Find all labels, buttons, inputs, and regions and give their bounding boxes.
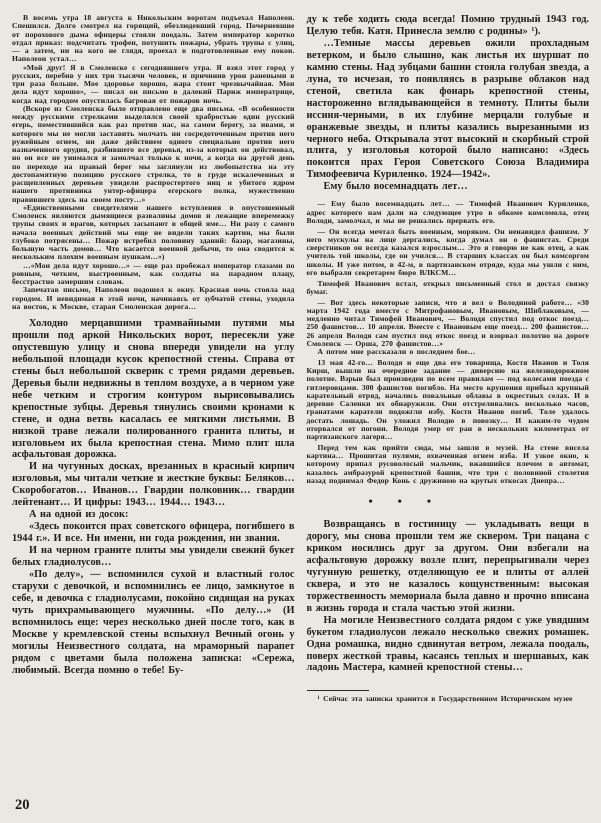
text-paragraph: (Вскоре из Смоленска было отправлено еще… [12, 105, 295, 204]
text-paragraph: ду к тебе ходить сюда всегда! Помню труд… [307, 14, 590, 38]
two-column-layout: В восемь утра 18 августа к Никольским во… [12, 14, 589, 704]
text-paragraph: — Ему было восемнадцать лет… — Тимофей И… [307, 200, 590, 225]
memorial-narrative-section: Холодно мерцавшими трамвайными путями мы… [12, 318, 295, 677]
napoleon-quotes-section: В восемь утра 18 августа к Никольским во… [12, 14, 295, 311]
text-paragraph: Холодно мерцавшими трамвайными путями мы… [12, 318, 295, 461]
text-paragraph: «Мой друг! Я в Смоленске с сегодняшнего … [12, 64, 295, 105]
text-paragraph: Тимофей Иванович встал, открыл письменны… [307, 280, 590, 297]
footnote-rule [307, 690, 369, 691]
memorial-narrative-continued: ду к тебе ходить сюда всегда! Помню труд… [307, 14, 590, 193]
text-paragraph: — Вот здесь некоторые записи, что я вел … [307, 299, 590, 349]
right-column: ду к тебе ходить сюда всегда! Помню труд… [307, 14, 590, 704]
text-paragraph: Возвращаясь в гостиницу — укладывать вещ… [307, 519, 590, 615]
text-paragraph: 13 мая 42-го… Володя и еще два его товар… [307, 359, 590, 442]
text-paragraph: Запечатав письмо, Наполеон подошел к окн… [12, 286, 295, 311]
text-paragraph: И на черном граните плиты мы увидели све… [12, 545, 295, 569]
text-paragraph: В восемь утра 18 августа к Никольским во… [12, 14, 295, 64]
text-paragraph: Ему было восемнадцать лет… [307, 181, 590, 193]
text-paragraph: И на чугунных досках, врезанных в красны… [12, 461, 295, 509]
footnote-text: ¹ Сейчас эта записка хранится в Государс… [307, 695, 590, 704]
closing-section: Возвращаясь в гостиницу — укладывать вещ… [307, 519, 590, 674]
text-paragraph: «Единственными свидетелями нашего вступл… [12, 204, 295, 262]
text-paragraph: На могиле Неизвестного солдата рядом с у… [307, 615, 590, 675]
footnote-block: ¹ Сейчас эта записка хранится в Государс… [307, 690, 590, 704]
text-paragraph: «Здесь покоится прах советского офицера,… [12, 521, 295, 545]
text-paragraph: …Темные массы деревьев ожили прохладным … [307, 38, 590, 181]
text-paragraph: …«Мои дела идут хорошо…» — еще раз пробе… [12, 262, 295, 287]
book-page: В восемь утра 18 августа к Никольским во… [0, 0, 601, 823]
text-paragraph: Перед тем как прийти сюда, мы зашли в му… [307, 444, 590, 485]
left-column: В восемь утра 18 августа к Никольским во… [12, 14, 295, 704]
interview-section: — Ему было восемнадцать лет… — Тимофей И… [307, 200, 590, 485]
text-paragraph: «По делу», — вспомнился сухой и властный… [12, 569, 295, 677]
text-paragraph: А потом мне рассказали о последнем бое… [307, 348, 590, 356]
text-paragraph: — Он всегда мечтал быть военным, моряком… [307, 228, 590, 278]
text-paragraph: А на одной из досок: [12, 509, 295, 521]
page-number: 20 [15, 797, 30, 814]
section-break-dots: • • • [307, 494, 590, 509]
